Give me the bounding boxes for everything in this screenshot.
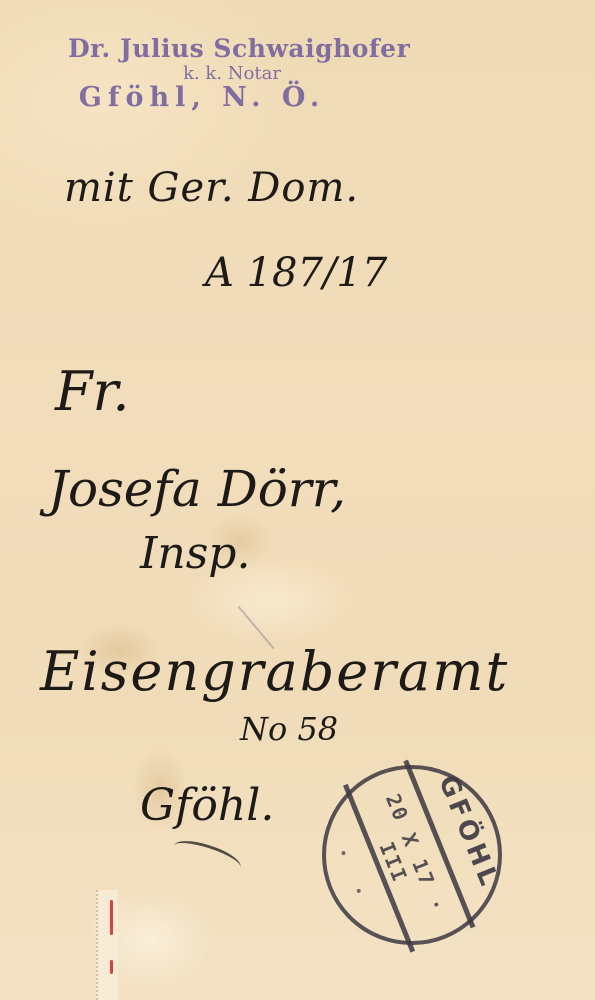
red-ink-mark — [110, 900, 113, 935]
stamp-title: k. k. Notar — [22, 63, 442, 84]
recipient-name: Josefa Dörr, — [48, 460, 346, 518]
notary-rubber-stamp: Dr. Julius Schwaighofer k. k. Notar Gföh… — [62, 34, 442, 113]
red-ink-mark — [110, 960, 113, 974]
address-locality: Eisengraberamt — [40, 640, 509, 703]
postmark-cancel: GFÖHL 20 X 17 · III • • — [295, 738, 529, 972]
underline-flourish — [170, 835, 244, 879]
salutation: Fr. — [55, 360, 130, 423]
address-town: Gföhl. — [140, 780, 274, 831]
file-reference: A 187/17 — [205, 250, 387, 296]
recipient-role: Insp. — [140, 528, 250, 579]
stamp-name: Dr. Julius Schwaighofer — [62, 34, 442, 63]
envelope: Dr. Julius Schwaighofer k. k. Notar Gföh… — [0, 0, 595, 1000]
stamp-place: Gföhl, N. Ö. — [0, 82, 442, 113]
handwritten-annotation: mit Ger. Dom. — [64, 165, 359, 211]
address-house-number: No 58 — [240, 710, 338, 748]
removed-stamp-remnant — [96, 890, 118, 1000]
